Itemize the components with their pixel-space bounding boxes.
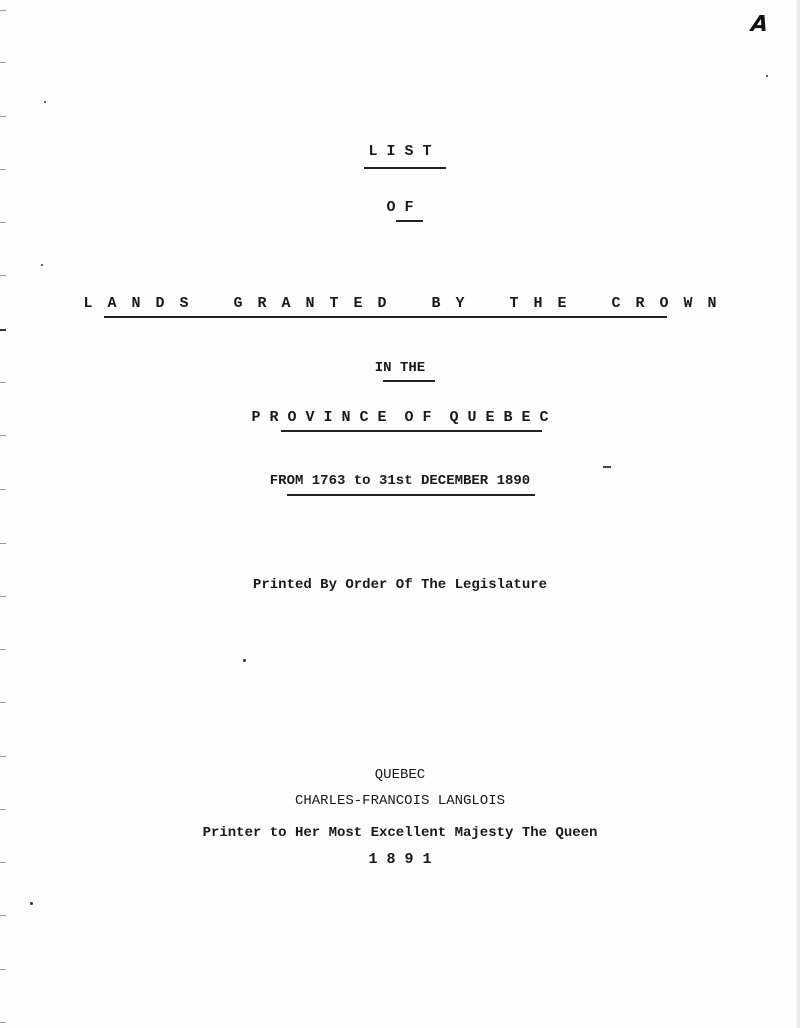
scan-speck <box>766 75 768 77</box>
binding-tick <box>0 649 6 650</box>
scan-mark <box>603 466 611 468</box>
imprint-printer: CHARLES-FRANCOIS LANGLOIS <box>0 793 800 809</box>
title-province-of-quebec: P R O V I N C E O F Q U E B E C <box>0 409 800 426</box>
binding-tick <box>0 62 6 63</box>
binding-tick <box>0 756 6 757</box>
title-in-the: IN THE <box>0 360 800 376</box>
title-list-underline <box>364 167 446 169</box>
scan-speck <box>30 902 33 905</box>
title-province-underline <box>281 430 542 432</box>
imprint-year: 1 8 9 1 <box>0 851 800 868</box>
scan-speck <box>44 101 46 103</box>
binding-tick <box>0 275 6 276</box>
binding-tick <box>0 596 6 597</box>
binding-tick <box>0 382 6 383</box>
binding-tick <box>0 329 6 331</box>
binding-tick <box>0 862 6 863</box>
imprint-printer-title: Printer to Her Most Excellent Majesty Th… <box>0 825 800 841</box>
title-list: L I S T <box>0 143 800 160</box>
binding-tick <box>0 543 6 544</box>
page-marker: A <box>750 12 770 37</box>
binding-tick <box>0 222 6 223</box>
title-in-the-underline <box>383 380 435 382</box>
title-lands-granted: L A N D S G R A N T E D B Y T H E C R O … <box>0 295 800 312</box>
scan-speck <box>41 264 43 266</box>
binding-tick <box>0 435 6 436</box>
title-date-range: FROM 1763 to 31st DECEMBER 1890 <box>0 473 800 489</box>
document-page: A L I S T O F L A N D S G R A N T E D B … <box>0 0 800 1028</box>
binding-tick <box>0 969 6 970</box>
imprint-place: QUEBEC <box>0 767 800 783</box>
binding-tick <box>0 169 6 170</box>
title-lands-underline <box>104 316 667 318</box>
binding-tick <box>0 1022 6 1023</box>
binding-tick <box>0 489 6 490</box>
binding-tick <box>0 116 6 117</box>
scan-speck <box>243 659 246 662</box>
title-of-underline <box>396 220 423 222</box>
title-of: O F <box>0 199 800 216</box>
title-date-underline <box>287 494 535 496</box>
binding-tick <box>0 809 6 810</box>
binding-tick <box>0 10 6 11</box>
binding-tick <box>0 915 6 916</box>
binding-tick <box>0 702 6 703</box>
authority-line: Printed By Order Of The Legislature <box>0 577 800 593</box>
